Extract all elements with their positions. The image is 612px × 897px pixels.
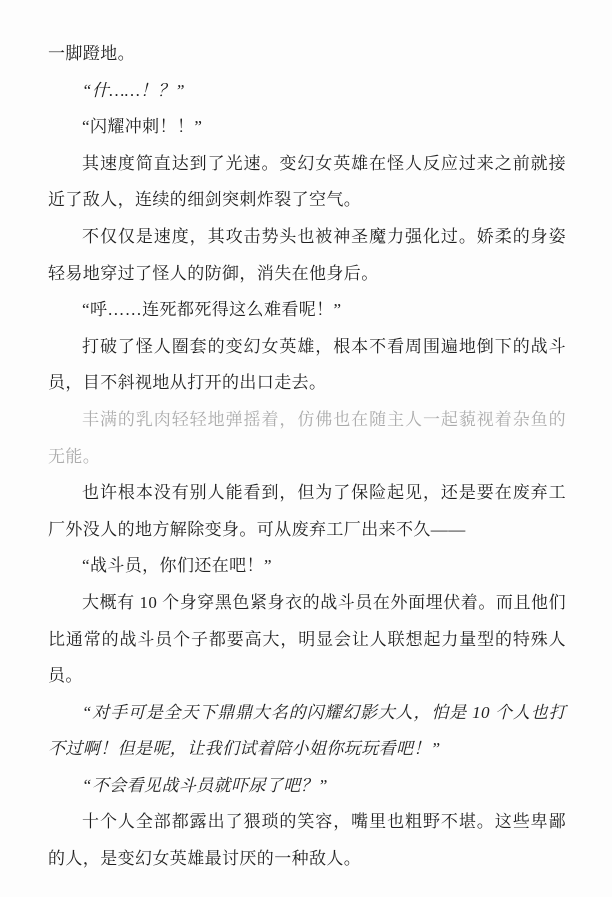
novel-paragraph: 其速度简直达到了光速。变幻女英雄在怪人反应过来之前就接近了敌人，连续的细剑突刺炸… [48,146,566,219]
dialogue-paragraph: “什……！？” [48,73,566,110]
novel-paragraph: 大概有 10 个身穿黑色紧身衣的战斗员在外面埋伏着。而且他们比通常的战斗员个子都… [48,585,566,695]
dialogue-paragraph: “战斗员，你们还在吧！” [48,548,566,585]
reader-page: 一脚蹬地。 “什……！？” “闪耀冲刺！！” 其速度简直达到了光速。变幻女英雄在… [0,0,612,897]
dialogue-paragraph: “闪耀冲刺！！” [48,109,566,146]
novel-paragraph: 十个人全部都露出了猥琐的笑容，嘴里也粗野不堪。这些卑鄙的人，是变幻女英雄最讨厌的… [48,804,566,877]
dialogue-paragraph: “呼……连死都死得这么难看呢！” [48,292,566,329]
novel-paragraph: 不仅仅是速度，其攻击势头也被神圣魔力强化过。娇柔的身姿轻易地穿过了怪人的防御，消… [48,219,566,292]
dialogue-paragraph: “不会看见战斗员就吓尿了吧？” [48,768,566,805]
novel-paragraph: 打破了怪人圈套的变幻女英雄，根本不看周围遍地倒下的战斗员，目不斜视地从打开的出口… [48,329,566,402]
novel-paragraph: 也许根本没有别人能看到，但为了保险起见，还是要在废弃工厂外没人的地方解除变身。可… [48,475,566,548]
novel-paragraph: 一脚蹬地。 [48,36,566,73]
novel-paragraph-muted: 丰满的乳肉轻轻地弹摇着，仿佛也在随主人一起藐视着杂鱼的无能。 [48,402,566,475]
dialogue-paragraph: “对手可是全天下鼎鼎大名的闪耀幻影大人，怕是 10 个人也打不过啊！但是呢，让我… [48,695,566,768]
